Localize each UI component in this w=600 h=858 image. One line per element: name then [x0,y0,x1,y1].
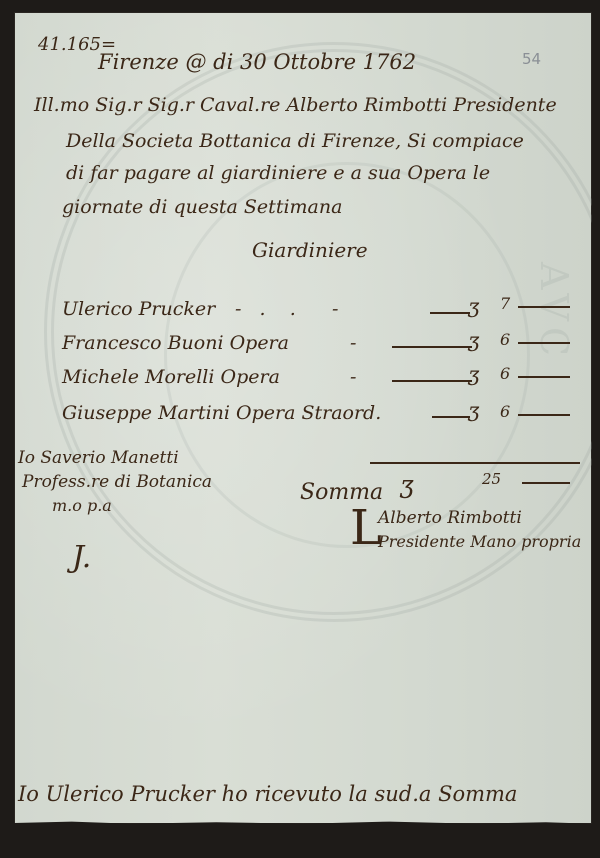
currency-symbol: Ʒ [468,298,479,322]
amount-tail-line [518,376,570,378]
body-line-3: di far pagare al giardiniere e a sua Ope… [66,162,490,184]
archive-pencil-number: 54 [522,50,541,68]
amount-tail-line [518,306,570,308]
total-tail-line [522,482,570,484]
total-currency-symbol: Ʒ [400,476,414,504]
leader-dots: - [350,366,356,388]
currency-symbol: Ʒ [468,402,479,426]
receipt-line: Io Ulerico Prucker ho ricevuto la sud.a … [18,782,517,806]
body-line-4: giornate di questa Settimana [62,196,342,218]
amount-tail-line [518,414,570,416]
total-rule-line [370,462,580,464]
leader-line [392,380,472,382]
amount-tail-line [518,342,570,344]
section-heading: Giardiniere [252,238,368,262]
entry-name: Giuseppe Martini Opera Straord. [62,402,381,424]
leader-line [430,312,470,314]
left-signature-line-1: Io Saverio Manetti [18,448,179,468]
watermark-seal-lettering: AVC [532,262,576,362]
leader-dots: - [350,332,356,354]
leader-line [392,346,472,348]
body-line-1: Ill.mo Sig.r Sig.r Caval.re Alberto Rimb… [34,94,557,116]
entry-amount: 6 [500,330,510,349]
leader-dots: - . . - [235,298,338,320]
entry-name: Michele Morelli Opera [62,366,280,388]
left-signature-line-3: m.o p.a [52,496,112,515]
president-signature-title: Presidente Mano propria [378,532,581,551]
entry-name: Ulerico Prucker [62,298,215,320]
entry-amount: 6 [500,364,510,383]
currency-symbol: Ʒ [468,366,479,390]
currency-symbol: Ʒ [468,332,479,356]
left-signature-line-2: Profess.re di Botanica [22,472,212,492]
president-signature-name: Alberto Rimbotti [378,508,522,528]
left-signature-mark: J. [72,540,91,575]
leader-line [432,416,470,418]
place-date: Firenze @ di 30 Ottobre 1762 [98,50,416,74]
entry-amount: 7 [500,294,510,313]
body-line-2: Della Societa Bottanica di Firenze, Si c… [66,130,524,152]
entry-name: Francesco Buoni Opera [62,332,289,354]
total-amount: 25 [482,470,501,488]
entry-amount: 6 [500,402,510,421]
